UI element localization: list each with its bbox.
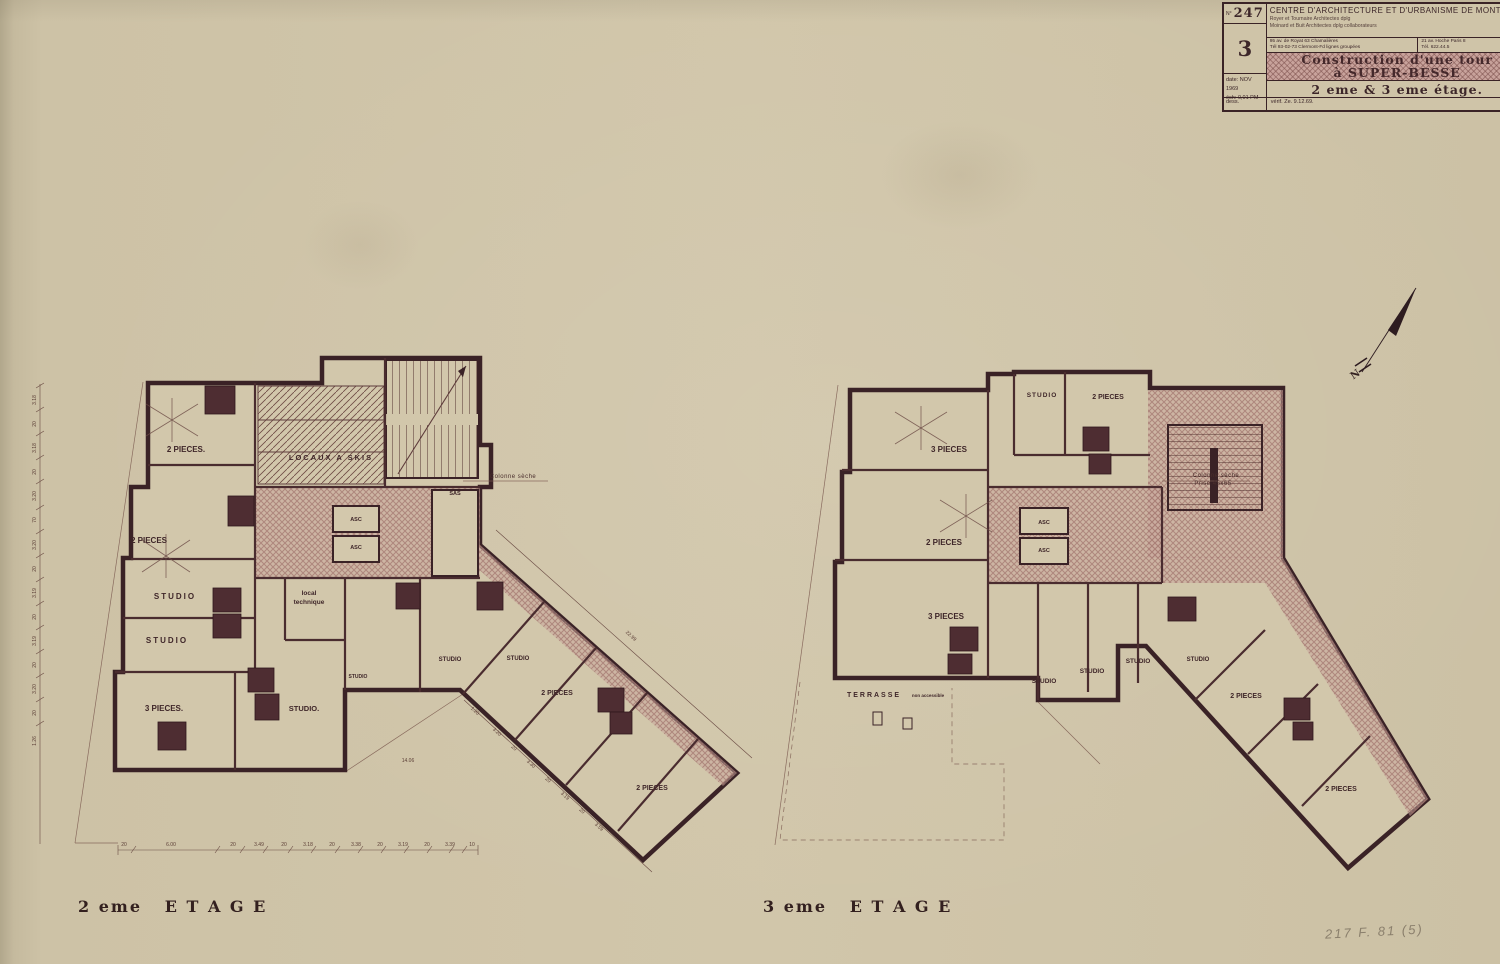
- room-label: 2 PIECES: [636, 785, 668, 792]
- room-label: STUDIO: [1187, 657, 1210, 663]
- architects-line: Moinard et Buit Architectes dplg collabo…: [1270, 23, 1500, 29]
- room-label: 2 PIECES: [1325, 786, 1357, 793]
- ski-lockers: [258, 386, 384, 484]
- plan-number-cell: 3: [1224, 24, 1266, 74]
- floor-plan-3eme: [775, 372, 1428, 868]
- room-label: local: [302, 590, 317, 597]
- plan-number: 3: [1238, 36, 1253, 61]
- room-label: ASC: [350, 517, 362, 523]
- room-label: 2 PIECES: [1092, 394, 1124, 401]
- dimension-text: 3.18: [32, 443, 38, 453]
- dimension-text: 3.18: [303, 842, 313, 848]
- room-label: STUDIO: [1126, 658, 1151, 665]
- room-label: 3 PIECES: [931, 445, 968, 454]
- room-label: STUDIO: [439, 657, 462, 663]
- address-paris: 21 av. Hoche Paris 8 Tél. 622.44.5: [1417, 38, 1500, 52]
- room-label: STUDIO: [1080, 668, 1105, 675]
- north-arrow: [1355, 288, 1416, 372]
- room-label: STUDIO: [349, 674, 368, 680]
- room-label: STUDIO: [1032, 678, 1057, 685]
- dimension-text: 3.49: [254, 842, 264, 848]
- room-label: 3 PIECES.: [145, 704, 183, 713]
- drawn-by-cell: dess.: [1224, 98, 1266, 110]
- room-label: ASC: [1038, 548, 1050, 554]
- office-name: CENTRE D'ARCHITECTURE ET D'URBANISME DE …: [1270, 6, 1500, 15]
- room-label: 2 PIECES: [1230, 693, 1262, 700]
- dimension-text: 14.06: [402, 758, 415, 764]
- title-block-left-column: N° 247 3 date: NOV 1969 éch: 0,01 PM des…: [1224, 4, 1267, 110]
- dimension-text: 20: [424, 842, 430, 848]
- sheet-number: 247: [1234, 6, 1264, 21]
- dimension-text: 10: [469, 842, 475, 848]
- dimension-text: 20: [329, 842, 335, 848]
- room-label: Colonne sèche: [1193, 473, 1240, 479]
- room-label: LOCAUX A SKIS: [289, 453, 373, 462]
- project-title-banner: Construction d'une tour à SUPER-BESSE: [1267, 53, 1500, 81]
- room-label: STUDIO: [507, 656, 530, 662]
- north-letter: N: [1349, 368, 1363, 382]
- project-title-line2: à SUPER-BESSE: [1334, 67, 1461, 80]
- room-label: 2 PIECES: [926, 538, 963, 547]
- title-block: N° 247 3 date: NOV 1969 éch: 0,01 PM des…: [1222, 2, 1500, 112]
- dimension-text: 3.20: [32, 684, 38, 694]
- terrace-vents: [873, 712, 912, 729]
- office-cell: CENTRE D'ARCHITECTURE ET D'URBANISME DE …: [1267, 4, 1500, 38]
- address-clermont: 95 av. de Royat 63 Chamalières Tél 93-02…: [1267, 38, 1418, 52]
- sas-room: [432, 490, 478, 576]
- dimension-text: 3.38: [351, 842, 361, 848]
- room-label: Prise 45x65: [1194, 481, 1231, 487]
- sheet-number-label: N°: [1226, 11, 1232, 17]
- room-label: 2 PIECES: [541, 690, 573, 697]
- dimension-text: 20: [32, 566, 38, 572]
- dimension-text: 70: [32, 517, 38, 523]
- dimension-text: 20: [32, 710, 38, 716]
- caption-2eme-etage: 2 eme E T A G E: [78, 897, 267, 916]
- dimension-text: 20: [377, 842, 383, 848]
- room-label: STUDIO.: [289, 704, 319, 713]
- dimension-text: 3.39: [445, 842, 455, 848]
- dimension-text: 20: [544, 776, 552, 784]
- verified-by-cell: vérif. Ze. 9.12.69.: [1267, 98, 1500, 110]
- address-cell: 95 av. de Royat 63 Chamalières Tél 93-02…: [1267, 38, 1500, 53]
- dimension-text: 3.18: [32, 395, 38, 405]
- room-label: non accessible: [912, 693, 945, 698]
- dimension-text: 20: [230, 842, 236, 848]
- room-label: technique: [294, 599, 325, 606]
- room-label: STUDIO: [1027, 392, 1058, 399]
- room-label: 3 PIECES: [928, 612, 965, 621]
- staircase: [386, 360, 478, 478]
- room-label: TERRASSE: [847, 692, 901, 699]
- room-label: ASC: [350, 545, 362, 551]
- dimension-text: 20: [281, 842, 287, 848]
- room-label: 2 PIECES: [131, 536, 168, 545]
- architects-line: Royer et Tournaire Architectes dplg: [1270, 16, 1500, 22]
- sheet-subtitle: 2 eme & 3 eme étage.: [1267, 81, 1500, 98]
- dimension-text: 20: [32, 662, 38, 668]
- dimension-text: 3.20: [32, 540, 38, 550]
- date-scale-cell: date: NOV 1969 éch: 0,01 PM: [1224, 74, 1266, 98]
- dimension-text: 3.19: [398, 842, 408, 848]
- address-line: Tél 93-02-73 Clermont-Fd lignes groupées: [1270, 45, 1415, 51]
- dimension-text: 20: [32, 469, 38, 475]
- north-letter: N: [1349, 368, 1363, 382]
- dimension-text: 3.19: [32, 636, 38, 646]
- terrace-dashed-edge: [780, 682, 1004, 840]
- floor-plan-2eme: [36, 358, 752, 872]
- balcony-edge: [1038, 702, 1100, 764]
- address-line: Tél. 622.44.5: [1421, 45, 1500, 51]
- room-label: 2 PIECES.: [167, 445, 205, 454]
- room-label: STUDIO: [154, 592, 196, 601]
- circulation-hatch: [988, 487, 1162, 583]
- dimension-text: 3.20: [32, 491, 38, 501]
- dimension-text: 20: [32, 614, 38, 620]
- staircase: [1168, 425, 1262, 510]
- room-label: ASC: [1038, 520, 1050, 526]
- dimension-text: 20: [121, 842, 127, 848]
- building-outline: [835, 372, 1428, 868]
- dimension-text: 20: [32, 421, 38, 427]
- room-label: SAS: [449, 491, 461, 497]
- room-label: STUDIO: [146, 636, 188, 645]
- dimension-text: 1.26: [32, 736, 38, 746]
- room-label: Colonne sèche: [490, 474, 537, 480]
- dimension-text: 6.00: [166, 842, 176, 848]
- title-block-right-column: CENTRE D'ARCHITECTURE ET D'URBANISME DE …: [1267, 4, 1500, 110]
- date-label: date:: [1226, 77, 1238, 83]
- dimension-text: 3.19: [32, 588, 38, 598]
- caption-3eme-etage: 3 eme E T A G E: [763, 897, 952, 916]
- site-boundary: [775, 385, 838, 845]
- sheet-number-cell: N° 247: [1224, 4, 1266, 24]
- dimension-text: 22.99: [624, 630, 637, 643]
- drawing-canvas: .w4{stroke:#3a2226;stroke-width:4.5;fill…: [0, 0, 1500, 964]
